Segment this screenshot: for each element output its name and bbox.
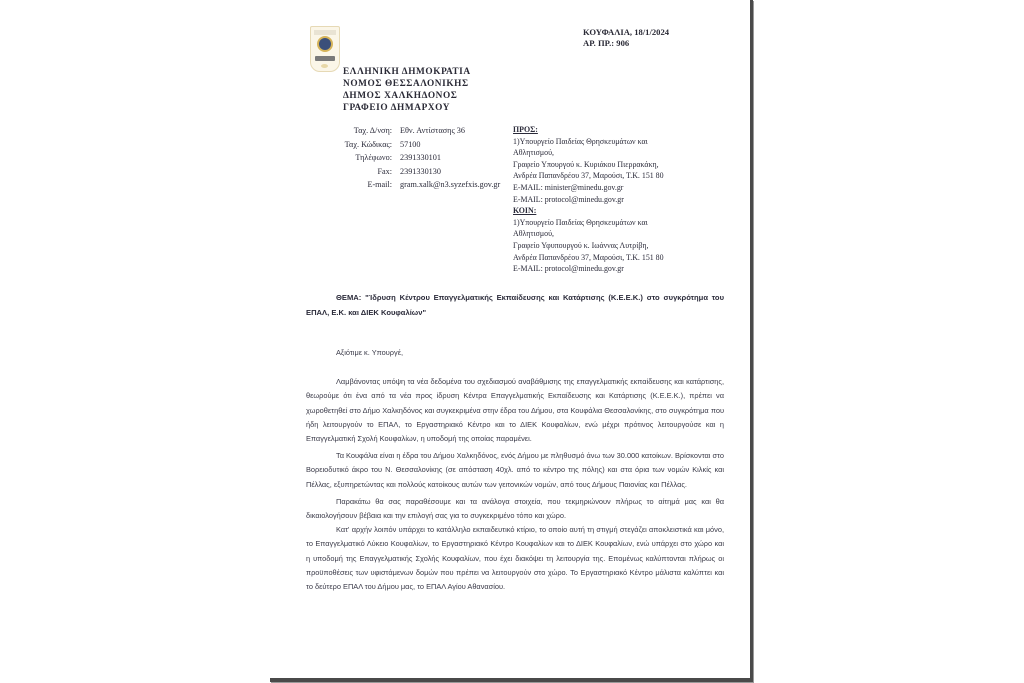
crest-foot: [315, 56, 335, 61]
contact-row: Ταχ. Κώδικας:57100: [330, 138, 500, 152]
contact-label: E-mail:: [330, 178, 400, 192]
recipients-block: ΠΡΟΣ: 1)Υπουργείο Παιδείας Θρησκευμάτων …: [513, 124, 733, 275]
body-paragraph: Λαμβάνοντας υπόψη τα νέα δεδομένα του σχ…: [306, 375, 724, 446]
greeting: Αξιότιμε κ. Υπουργέ,: [336, 346, 724, 360]
place-date: ΚΟΥΦΑΛΙΑ, 18/1/2024: [583, 27, 669, 38]
contact-label: Ταχ. Κώδικας:: [330, 138, 400, 152]
contact-label: Fax:: [330, 165, 400, 179]
to-line: Γραφείο Υπουργού κ. Κυριάκου Πιερρακάκη,: [513, 159, 733, 171]
protocol-number: ΑΡ. ΠΡ.: 906: [583, 38, 669, 49]
cc-line: Αθλητισμού,: [513, 228, 733, 240]
contact-value: 57100: [400, 138, 420, 152]
subject-line: ΘΕΜΑ: "Ίδρυση Κέντρου Επαγγελματικής Εκπ…: [306, 290, 724, 320]
contact-block: Ταχ. Δ/νση:Εθν. Αντίστασης 36 Ταχ. Κώδικ…: [330, 124, 500, 192]
cc-heading: ΚΟΙΝ:: [513, 205, 733, 217]
to-line: Αθλητισμού,: [513, 147, 733, 159]
contact-row: E-mail:gram.xalk@n3.syzefxis.gov.gr: [330, 178, 500, 192]
to-line: E-MAIL: minister@minedu.gov.gr: [513, 182, 733, 194]
to-line: 1)Υπουργείο Παιδείας Θρησκευμάτων και: [513, 136, 733, 148]
to-line: Ανδρέα Παπανδρέου 37, Μαρούσι, Τ.Κ. 151 …: [513, 170, 733, 182]
contact-row: Ταχ. Δ/νση:Εθν. Αντίστασης 36: [330, 124, 500, 138]
authority-line: ΔΗΜΟΣ ΧΑΛΚΗΔΟΝΟΣ: [343, 90, 471, 102]
issuing-authority: ΕΛΛΗΝΙΚΗ ΔΗΜΟΚΡΑΤΙΑ ΝΟΜΟΣ ΘΕΣΣΑΛΟΝΙΚΗΣ Δ…: [343, 66, 471, 114]
contact-row: Fax:2391330130: [330, 165, 500, 179]
contact-row: Τηλέφωνο:2391330101: [330, 151, 500, 165]
body-paragraph: Κατ' αρχήν λοιπόν υπάρχει το κατάλληλο ε…: [306, 523, 724, 594]
cc-line: Ανδρέα Παπανδρέου 37, Μαρούσι, Τ.Κ. 151 …: [513, 252, 733, 264]
crest-band: [314, 30, 336, 35]
contact-value: 2391330101: [400, 151, 441, 165]
to-heading: ΠΡΟΣ:: [513, 124, 733, 136]
body-paragraph: Παρακάτω θα σας παραθέσουμε και τα ανάλο…: [306, 495, 724, 523]
cc-line: Γραφείο Υφυπουργού κ. Ιωάννας Λυτρίβη,: [513, 240, 733, 252]
municipal-crest-icon: [310, 26, 340, 72]
body-paragraph: Τα Κουφάλια είναι η έδρα του Δήμου Χαλκη…: [306, 449, 724, 492]
contact-value: 2391330130: [400, 165, 441, 179]
crest-sun: [321, 64, 328, 68]
subject-text: ΘΕΜΑ: "Ίδρυση Κέντρου Επαγγελματικής Εκπ…: [306, 290, 724, 320]
to-line: E-MAIL: protocol@minedu.gov.gr: [513, 194, 733, 206]
letter-body: Αξιότιμε κ. Υπουργέ, Λαμβάνοντας υπόψη τ…: [306, 346, 724, 594]
contact-label: Τηλέφωνο:: [330, 151, 400, 165]
cc-line: E-MAIL: protocol@minedu.gov.gr: [513, 263, 733, 275]
contact-email: gram.xalk@n3.syzefxis.gov.gr: [400, 178, 500, 192]
contact-label: Ταχ. Δ/νση:: [330, 124, 400, 138]
authority-line: ΕΛΛΗΝΙΚΗ ΔΗΜΟΚΡΑΤΙΑ: [343, 66, 471, 78]
authority-line: ΓΡΑΦΕΙΟ ΔΗΜΑΡΧΟΥ: [343, 102, 471, 114]
date-protocol-block: ΚΟΥΦΑΛΙΑ, 18/1/2024 ΑΡ. ΠΡ.: 906: [583, 27, 669, 49]
contact-value: Εθν. Αντίστασης 36: [400, 124, 465, 138]
authority-line: ΝΟΜΟΣ ΘΕΣΣΑΛΟΝΙΚΗΣ: [343, 78, 471, 90]
cc-line: 1)Υπουργείο Παιδείας Θρησκευμάτων και: [513, 217, 733, 229]
crest-emblem: [319, 38, 331, 50]
